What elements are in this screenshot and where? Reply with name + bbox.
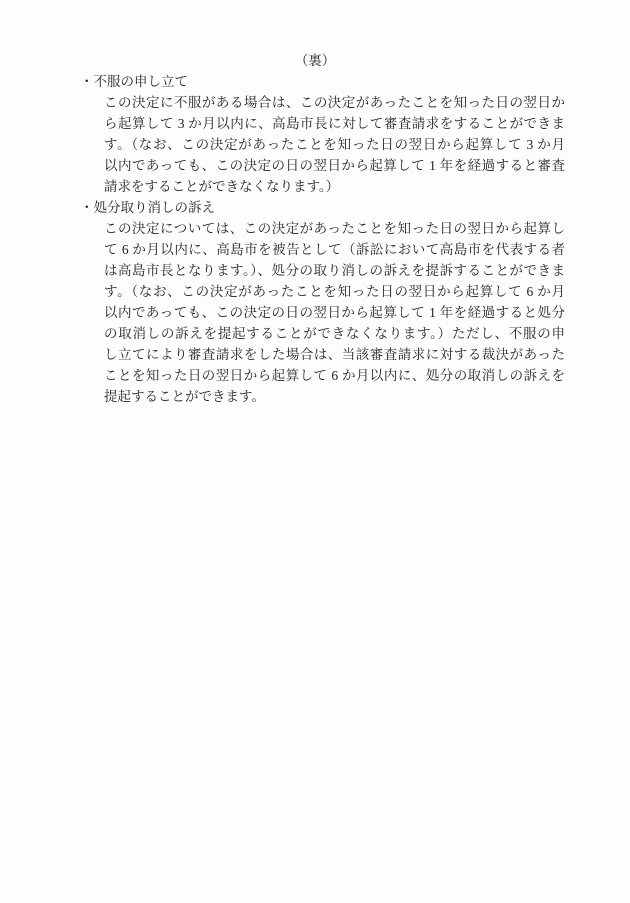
section-appeal-body: この決定に不服がある場合は、この決定があったことを知った日の翌日か ら起算して … bbox=[104, 92, 565, 197]
paragraph-line: す。（なお、この決定があったことを知った日の翌日から起算して 6 か月 bbox=[104, 281, 565, 302]
paragraph-line: 以内であっても、この決定の日の翌日から起算して 1 年を経過すると処分 bbox=[104, 302, 565, 323]
paragraph-line: 提起することができます。 bbox=[104, 386, 565, 407]
paragraph-line: は高島市長となります。）、処分の取り消しの訴えを提訴することができま bbox=[104, 260, 565, 281]
paragraph-line: ら起算して 3 か月以内に、高島市長に対して審査請求をすることができま bbox=[104, 113, 565, 134]
paragraph-line: し立てにより審査請求をした場合は、当該審査請求に対する裁決があった bbox=[104, 344, 565, 365]
paragraph-line: 請求をすることができなくなります。） bbox=[104, 176, 565, 197]
paragraph-line: の取消しの訴えを提起することができなくなります。）ただし、不服の申 bbox=[104, 323, 565, 344]
paragraph-line: この決定に不服がある場合は、この決定があったことを知った日の翌日か bbox=[104, 92, 565, 113]
paragraph-line: 以内であっても、この決定の日の翌日から起算して 1 年を経過すると審査 bbox=[104, 155, 565, 176]
section-revocation-suit-body: この決定については、この決定があったことを知った日の翌日から起算し て 6 か月… bbox=[104, 218, 565, 407]
section-appeal-heading: ・不服の申し立て bbox=[0, 71, 630, 92]
section-appeal: ・不服の申し立て この決定に不服がある場合は、この決定があったことを知った日の翌… bbox=[0, 71, 630, 197]
paragraph-line: す。（なお、この決定があったことを知った日の翌日から起算して 3 か月 bbox=[104, 134, 565, 155]
paragraph-line: て 6 か月以内に、高島市を被告として（訴訟において高島市を代表する者 bbox=[104, 239, 565, 260]
page-side-label: （裏） bbox=[0, 50, 630, 71]
document-page: （裏） ・不服の申し立て この決定に不服がある場合は、この決定があったことを知っ… bbox=[0, 0, 630, 903]
section-revocation-suit: ・処分取り消しの訴え この決定については、この決定があったことを知った日の翌日か… bbox=[0, 197, 630, 407]
section-revocation-suit-heading: ・処分取り消しの訴え bbox=[0, 197, 630, 218]
paragraph-line: この決定については、この決定があったことを知った日の翌日から起算し bbox=[104, 218, 565, 239]
paragraph-line: ことを知った日の翌日から起算して 6 か月以内に、処分の取消しの訴えを bbox=[104, 365, 565, 386]
